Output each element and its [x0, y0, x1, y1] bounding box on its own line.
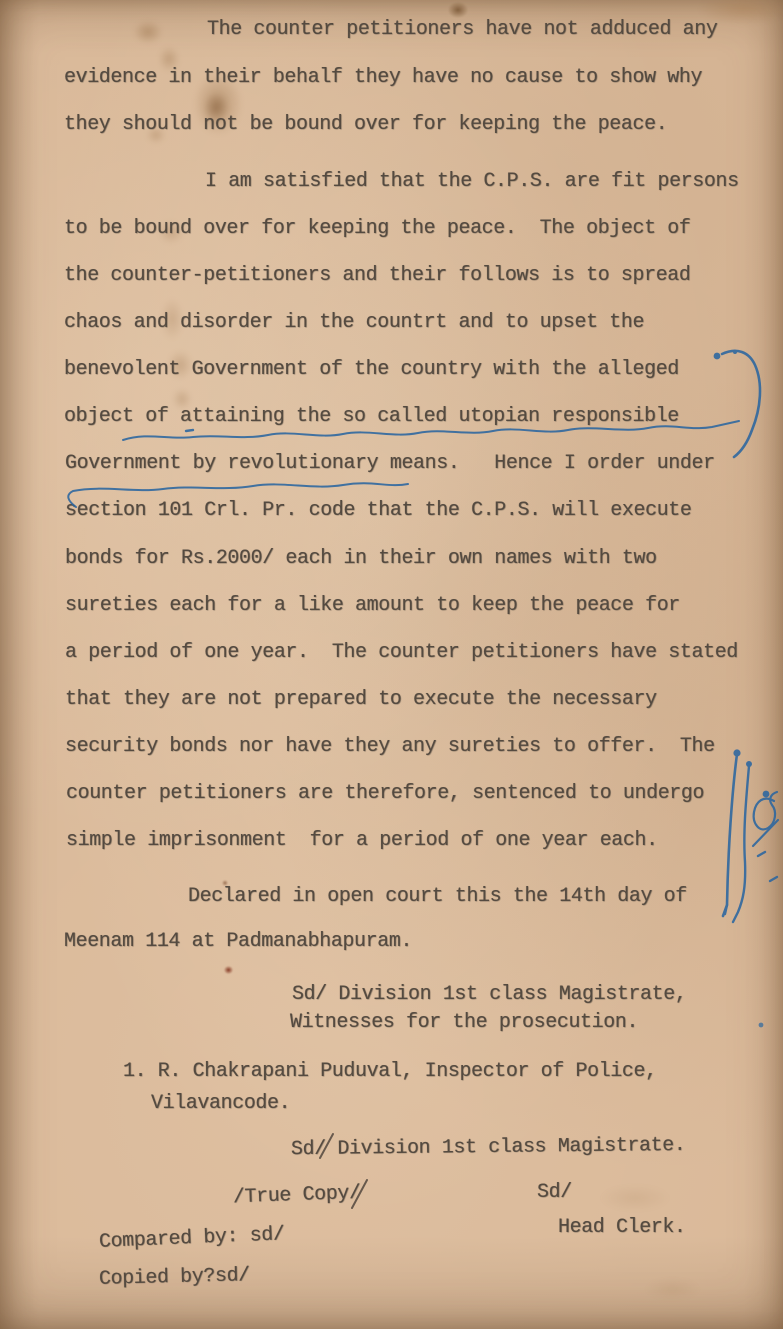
stain — [448, 2, 468, 18]
ink-dot — [733, 749, 740, 756]
body-line: simple imprisonment for a period of one … — [66, 829, 658, 853]
stain — [133, 20, 163, 44]
body-line: object of attaining the so called utopia… — [64, 405, 679, 429]
witness-entry: 1. R. Chakrapani Puduval, Inspector of P… — [123, 1060, 657, 1084]
ink-dash — [758, 852, 765, 856]
body-line: evidence in their behalf they have no ca… — [64, 66, 702, 90]
body-line: that they are not prepared to execute th… — [65, 688, 657, 712]
body-line: benevolent Government of the country wit… — [64, 358, 679, 382]
ink-dot — [714, 353, 721, 360]
body-line: Government by revolutionary means. Hence… — [65, 452, 715, 476]
ink-tick — [186, 430, 193, 431]
body-line: sureties each for a like amount to keep … — [65, 594, 680, 618]
sd-head-clerk: Sd/ — [537, 1181, 572, 1205]
ink-dot-red — [224, 966, 233, 974]
stain — [600, 1185, 670, 1211]
document-page: The counter petitioners have not adduced… — [0, 0, 783, 1329]
body-line: the counter-petitioners and their follow… — [64, 264, 691, 288]
ink-dot — [733, 350, 737, 354]
margin-initial-cross — [753, 820, 778, 846]
body-line: to be bound over for keeping the peace. … — [64, 217, 691, 241]
ink-dot — [759, 1023, 764, 1028]
ink-dash — [725, 905, 727, 914]
stain — [645, 1278, 700, 1300]
body-line: I am satisfied that the C.P.S. are fit p… — [205, 170, 739, 194]
signature-magistrate-1: Sd/ Division 1st class Magistrate, — [292, 983, 686, 1007]
head-clerk-label: Head Clerk. — [558, 1216, 686, 1240]
body-line: a period of one year. The counter petiti… — [65, 641, 738, 665]
margin-stroke-1 — [723, 754, 737, 916]
body-line: Meenam 114 at Padmanabhapuram. — [64, 930, 412, 954]
body-line: Declared in open court this the 14th day… — [188, 885, 687, 909]
body-line: section 101 Crl. Pr. code that the C.P.S… — [65, 499, 692, 523]
true-copy-stamp: /True Copy/ — [233, 1182, 361, 1210]
margin-bracket — [722, 351, 760, 457]
witness-location: Vilavancode. — [151, 1092, 290, 1116]
body-line: chaos and disorder in the countrt and to… — [64, 311, 644, 335]
margin-initial — [754, 792, 777, 829]
compared-by-line: Compared by: sd/ — [99, 1223, 285, 1255]
body-line: they should not be bound over for keepin… — [64, 113, 667, 137]
copied-by-line: Copied by?sd/ — [99, 1264, 250, 1292]
margin-stroke-2 — [733, 766, 749, 922]
ink-dot — [746, 761, 752, 767]
witnesses-heading: Witnesses for the prosecution. — [290, 1011, 638, 1035]
body-line: The counter petitioners have not adduced… — [207, 18, 718, 42]
body-line: security bonds nor have they any suretie… — [65, 735, 715, 759]
body-line: bonds for Rs.2000/ each in their own nam… — [65, 547, 657, 571]
signature-magistrate-2: Sd/ Division 1st class Magistrate. — [291, 1134, 686, 1162]
ink-dot — [763, 791, 770, 798]
ink-dash — [770, 877, 777, 881]
body-line: counter petitioners are therefore, sente… — [66, 782, 704, 806]
